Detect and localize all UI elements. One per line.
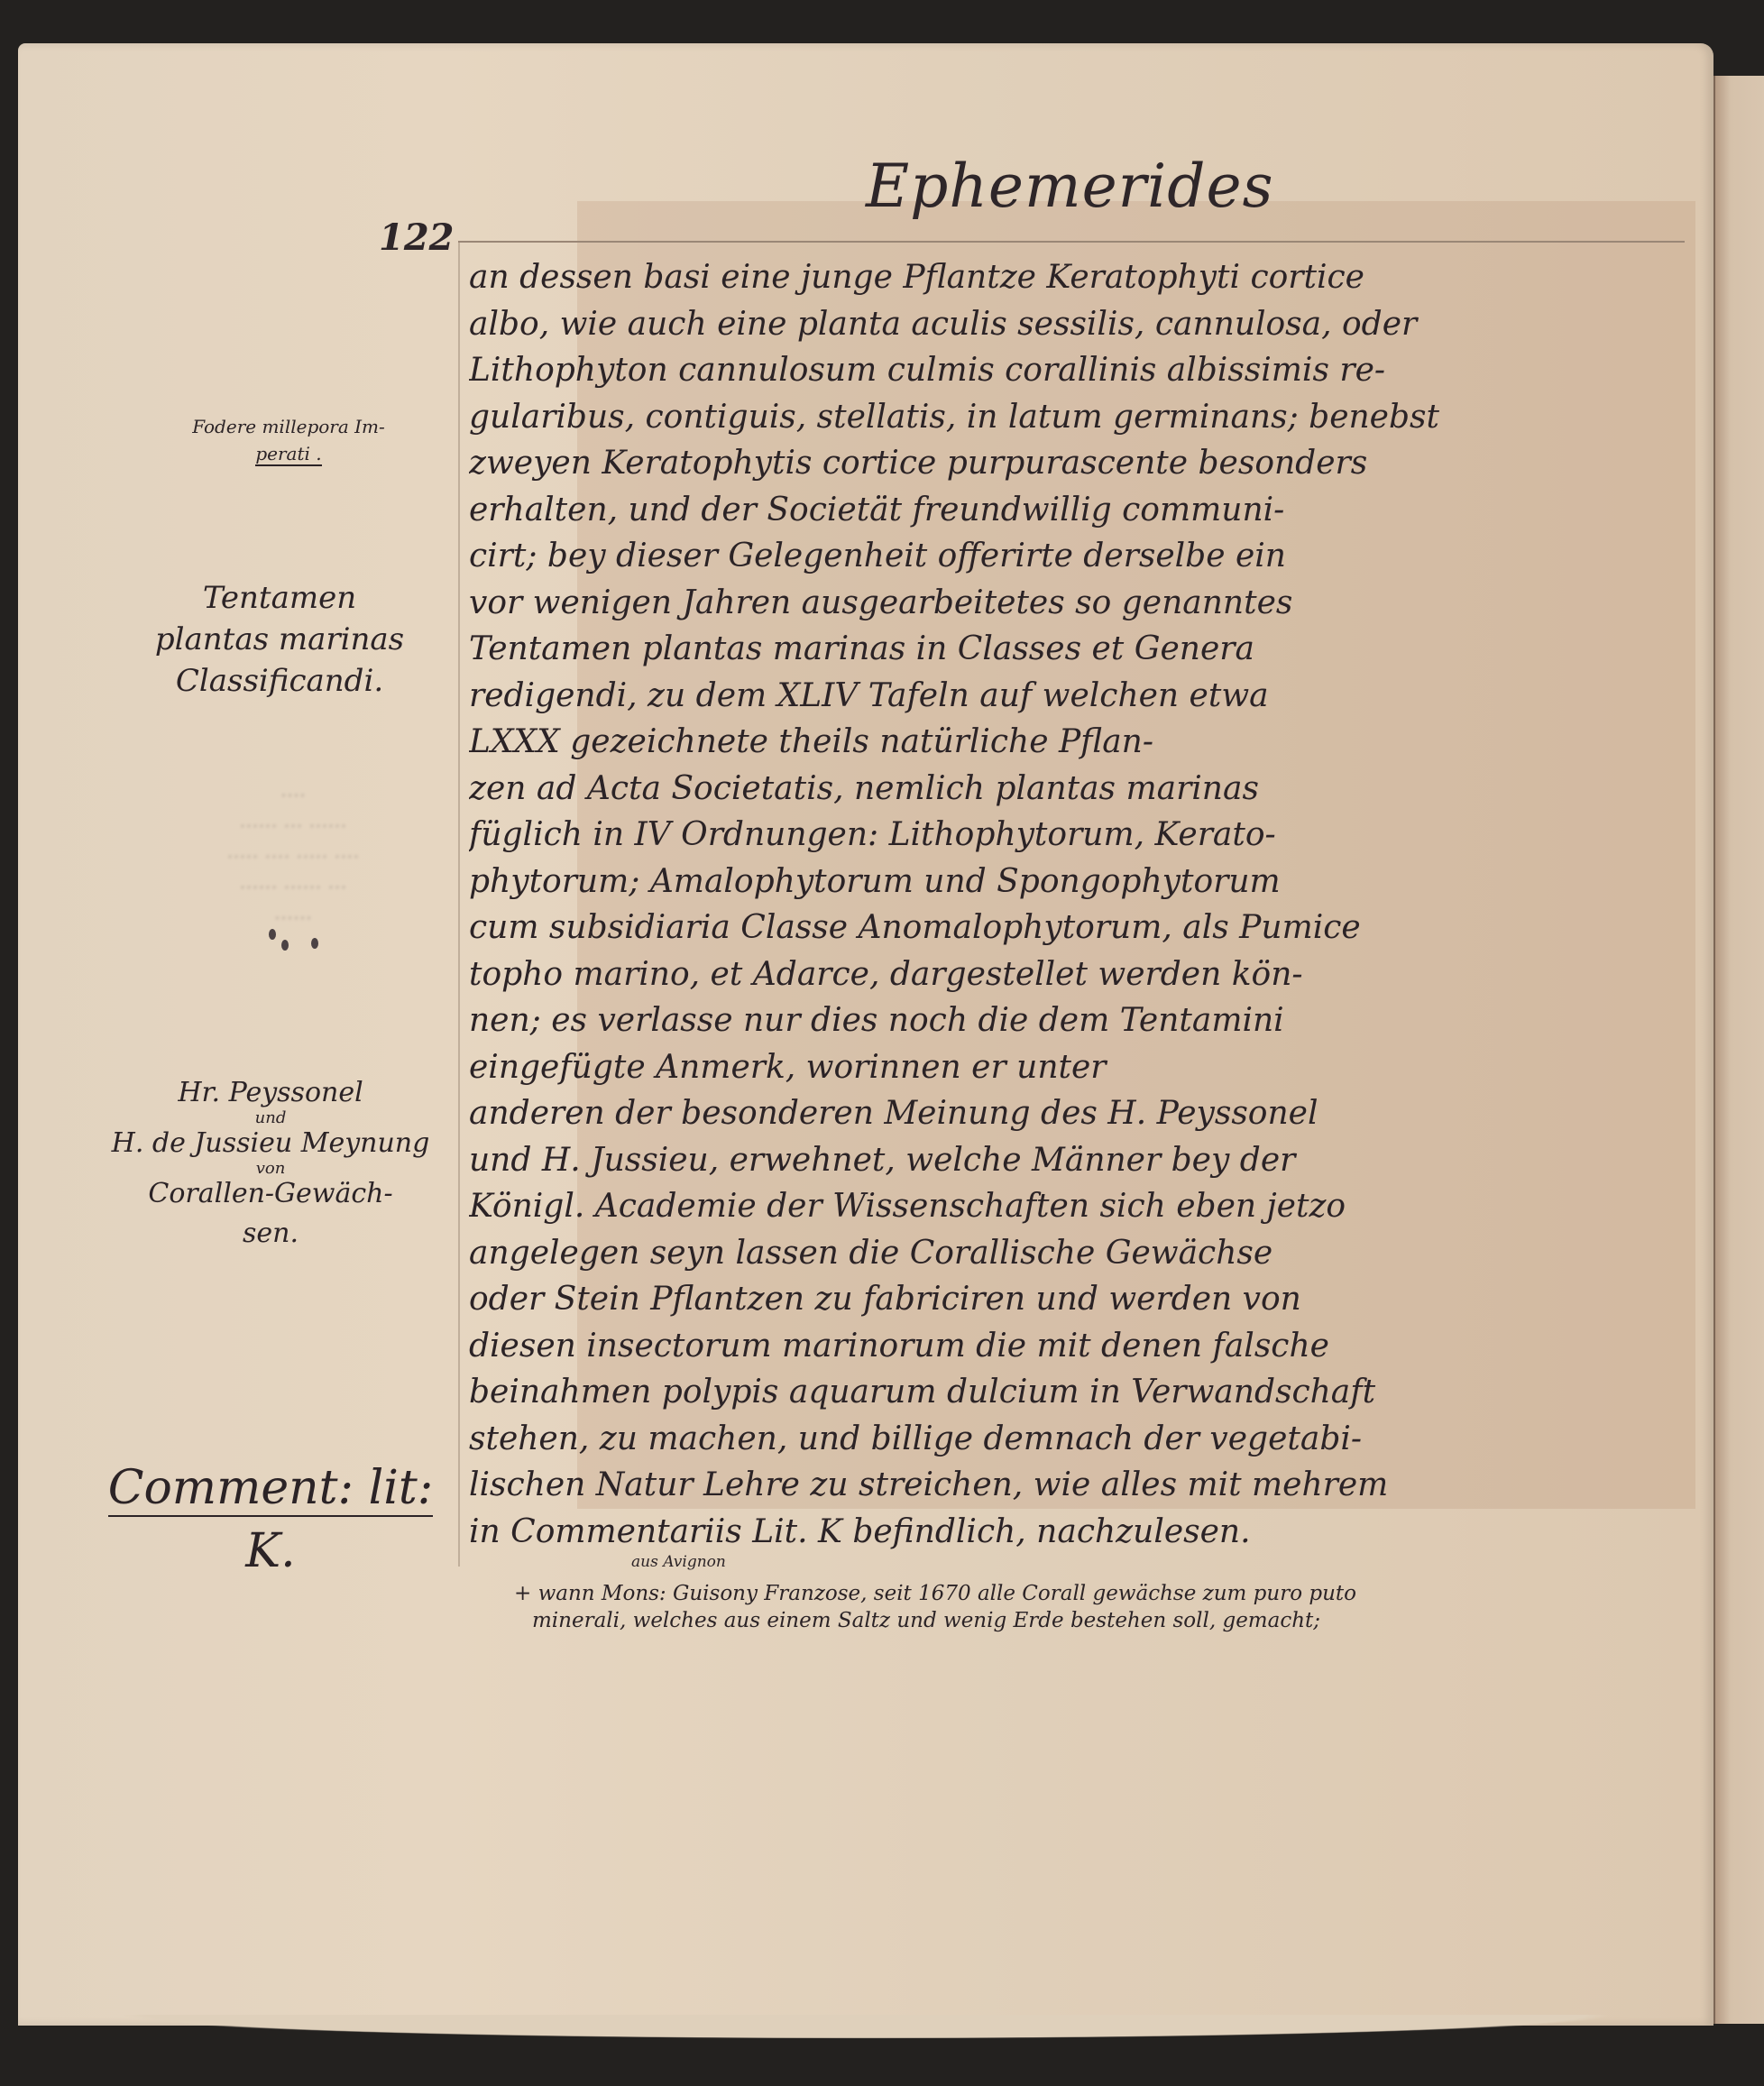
body-line: cirt; bey dieser Gelegenheit offerirte d… [469, 533, 1695, 580]
body-line: eingefügte Anmerk, worinnen er unter [469, 1044, 1695, 1091]
ink-spot [281, 940, 289, 951]
body-line: phytorum; Amalophytorum und Spongophytor… [469, 859, 1695, 905]
body-line: oder Stein Pflantzen zu fabriciren und w… [469, 1276, 1695, 1323]
body-line: albo, wie auch eine planta aculis sessil… [469, 301, 1695, 348]
margin-note-interline: von [99, 1163, 442, 1174]
body-line: gularibus, contiguis, stellatis, in latu… [469, 394, 1695, 441]
body-line: anderen der besonderen Meinung des H. Pe… [469, 1090, 1695, 1137]
body-line: redigendi, zu dem XLIV Tafeln auf welche… [469, 673, 1695, 720]
bleed-through-text: .... ...... ... ...... ..... .... ..... … [144, 776, 442, 929]
body-line: zweyen Keratophytis cortice purpurascent… [469, 440, 1695, 487]
bleed-line: ...... ...... ... [144, 868, 442, 898]
margin-note-line: Fodere millepora Im- [171, 413, 406, 440]
ink-spot [311, 938, 318, 949]
body-line: beinahmen polypis aquarum dulcium in Ver… [469, 1369, 1695, 1416]
body-line: Lithophyton cannulosum culmis corallinis… [469, 347, 1695, 394]
body-line: stehen, zu machen, und billige demnach d… [469, 1416, 1695, 1463]
body-line: zen ad Acta Societatis, nemlich plantas … [469, 766, 1695, 813]
margin-note-millepora: Fodere millepora Im- perati . [171, 413, 406, 467]
body-line: diesen insectorum marinorum die mit dene… [469, 1323, 1695, 1370]
margin-note-line: H. de Jussieu Meynung [99, 1124, 442, 1163]
body-line: topho marino, et Adarce, dargestellet we… [469, 951, 1695, 998]
body-line: in Commentariis Lit. K befindlich, nachz… [469, 1509, 1695, 1556]
margin-note-line: perati . [255, 443, 321, 466]
margin-rule [458, 241, 460, 1567]
page-title: Ephemerides [866, 152, 1273, 221]
body-line: erhalten, und der Societät freundwillig … [469, 487, 1695, 534]
body-line: nen; es verlasse nur dies noch die dem T… [469, 997, 1695, 1044]
body-line: füglich in IV Ordnungen: Lithophytorum, … [469, 812, 1695, 859]
margin-note-line: Tentamen [135, 577, 424, 619]
body-line: cum subsidiaria Classe Anomalophytorum, … [469, 905, 1695, 951]
margin-note-interline: und [99, 1113, 442, 1124]
facing-page-edge [1713, 76, 1764, 2024]
margin-note-line: Classificandi. [135, 660, 424, 702]
body-line: an dessen basi eine junge Pflantze Kerat… [469, 254, 1695, 301]
body-line: LXXX gezeichnete theils natürliche Pflan… [469, 719, 1695, 766]
bleed-line: ..... .... ..... .... [144, 837, 442, 868]
body-line: lischen Natur Lehre zu streichen, wie al… [469, 1462, 1695, 1509]
footnote-line: + wann Mons: Guisony Franzose, seit 1670… [514, 1580, 1686, 1607]
margin-note-line: Hr. Peyssonel [99, 1073, 442, 1113]
body-line: angelegen seyn lassen die Corallische Ge… [469, 1230, 1695, 1277]
margin-note-line: plantas marinas [135, 619, 424, 660]
bleed-line: ...... [144, 898, 442, 929]
bleed-line: ...... ... ...... [144, 806, 442, 837]
margin-note-line: Corallen-Gewäch- [99, 1174, 442, 1214]
margin-note-tentamen: Tentamen plantas marinas Classificandi. [135, 577, 424, 702]
margin-note-line: sen. [99, 1214, 442, 1254]
footnote: + wann Mons: Guisony Franzose, seit 1670… [514, 1580, 1686, 1634]
header-rule [458, 241, 1685, 243]
margin-note-line: Comment: lit: [108, 1461, 434, 1517]
footnote-insertion: aus Avignon [631, 1553, 726, 1571]
body-line: und H. Jussieu, erwehnet, welche Männer … [469, 1137, 1695, 1184]
margin-note-line: K. [99, 1520, 442, 1583]
ink-spot [269, 929, 276, 940]
body-line: Königl. Academie der Wissenschaften sich… [469, 1183, 1695, 1230]
footnote-line: minerali, welches aus einem Saltz und we… [514, 1607, 1686, 1634]
body-line: vor wenigen Jahren ausgearbeitetes so ge… [469, 580, 1695, 627]
margin-note-peyssonel: Hr. Peyssonel und H. de Jussieu Meynung … [99, 1073, 442, 1254]
main-body-text: an dessen basi eine junge Pflantze Kerat… [469, 254, 1695, 1555]
page-number: 122 [379, 216, 455, 259]
margin-note-comment: Comment: lit: K. [99, 1457, 442, 1583]
bleed-line: .... [144, 776, 442, 806]
body-line: Tentamen plantas marinas in Classes et G… [469, 626, 1695, 673]
